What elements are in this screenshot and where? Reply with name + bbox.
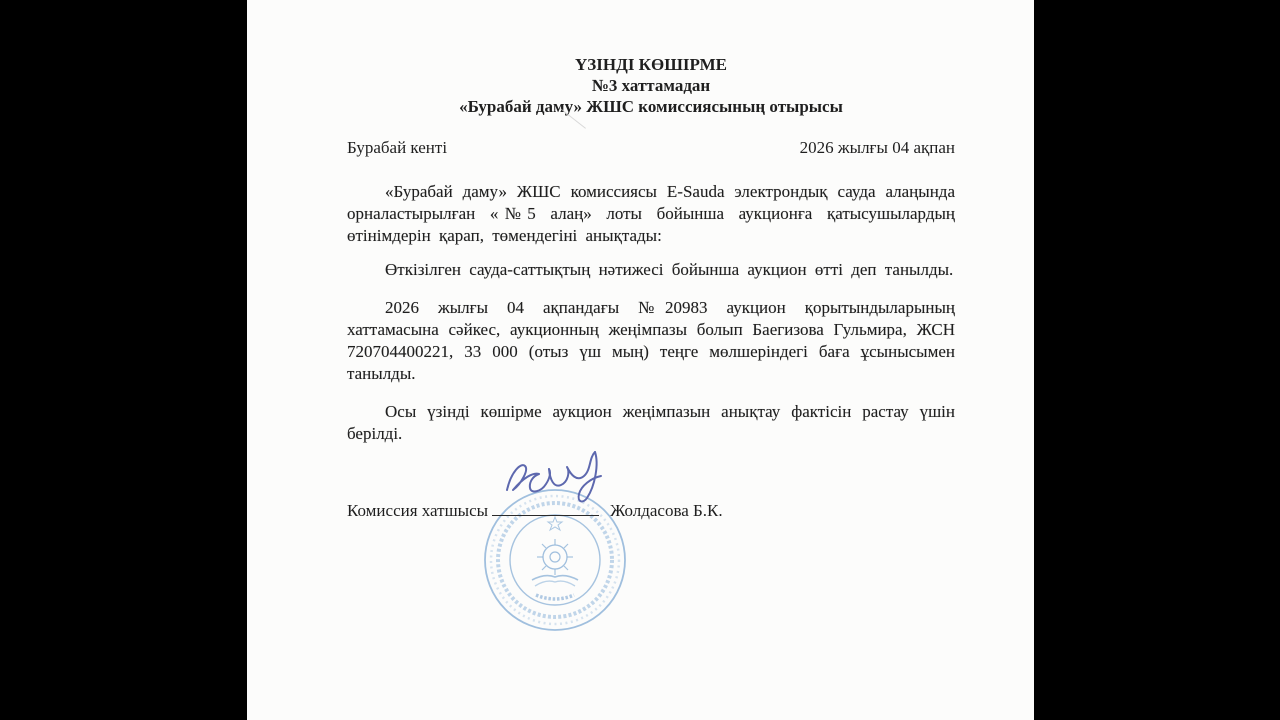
paragraph-winner: 2026 жылғы 04 ақпандағы №20983 аукцион қ…	[347, 297, 955, 385]
place-date-row: Бурабай кенті 2026 жылғы 04 ақпан	[347, 137, 955, 159]
paragraph-purpose: Осы үзінді көшірме аукцион жеңімпазын ан…	[347, 401, 955, 445]
handwritten-signature-icon	[499, 438, 619, 508]
heading-protocol-number: №3 хаттамадан	[347, 75, 955, 96]
signature-role-label: Комиссия хатшысы	[347, 500, 488, 522]
paragraph-intro: «Бурабай даму» ЖШС комиссиясы E-Sauda эл…	[347, 181, 955, 247]
heading-title: ҮЗІНДІ КӨШІРМЕ	[347, 54, 955, 75]
heading-commission: «Бурабай даму» ЖШС комиссиясының отырысы	[347, 96, 955, 117]
document-date: 2026 жылғы 04 ақпан	[800, 137, 955, 159]
signatory-name: Жолдасова Б.К.	[610, 500, 723, 522]
document-place: Бурабай кенті	[347, 137, 447, 159]
document-page: ҮЗІНДІ КӨШІРМЕ №3 хаттамадан «Бурабай да…	[247, 0, 1034, 720]
signature-row: Комиссия хатшысы Жолдасова Б.К.	[347, 499, 955, 522]
document-heading: ҮЗІНДІ КӨШІРМЕ №3 хаттамадан «Бурабай да…	[347, 54, 955, 117]
paragraph-auction-result: Өткізілген сауда-саттықтың нәтижесі бойы…	[347, 259, 955, 281]
screenshot-backdrop: ҮЗІНДІ КӨШІРМЕ №3 хаттамадан «Бурабай да…	[0, 0, 1280, 720]
handwritten-signature	[499, 438, 619, 508]
